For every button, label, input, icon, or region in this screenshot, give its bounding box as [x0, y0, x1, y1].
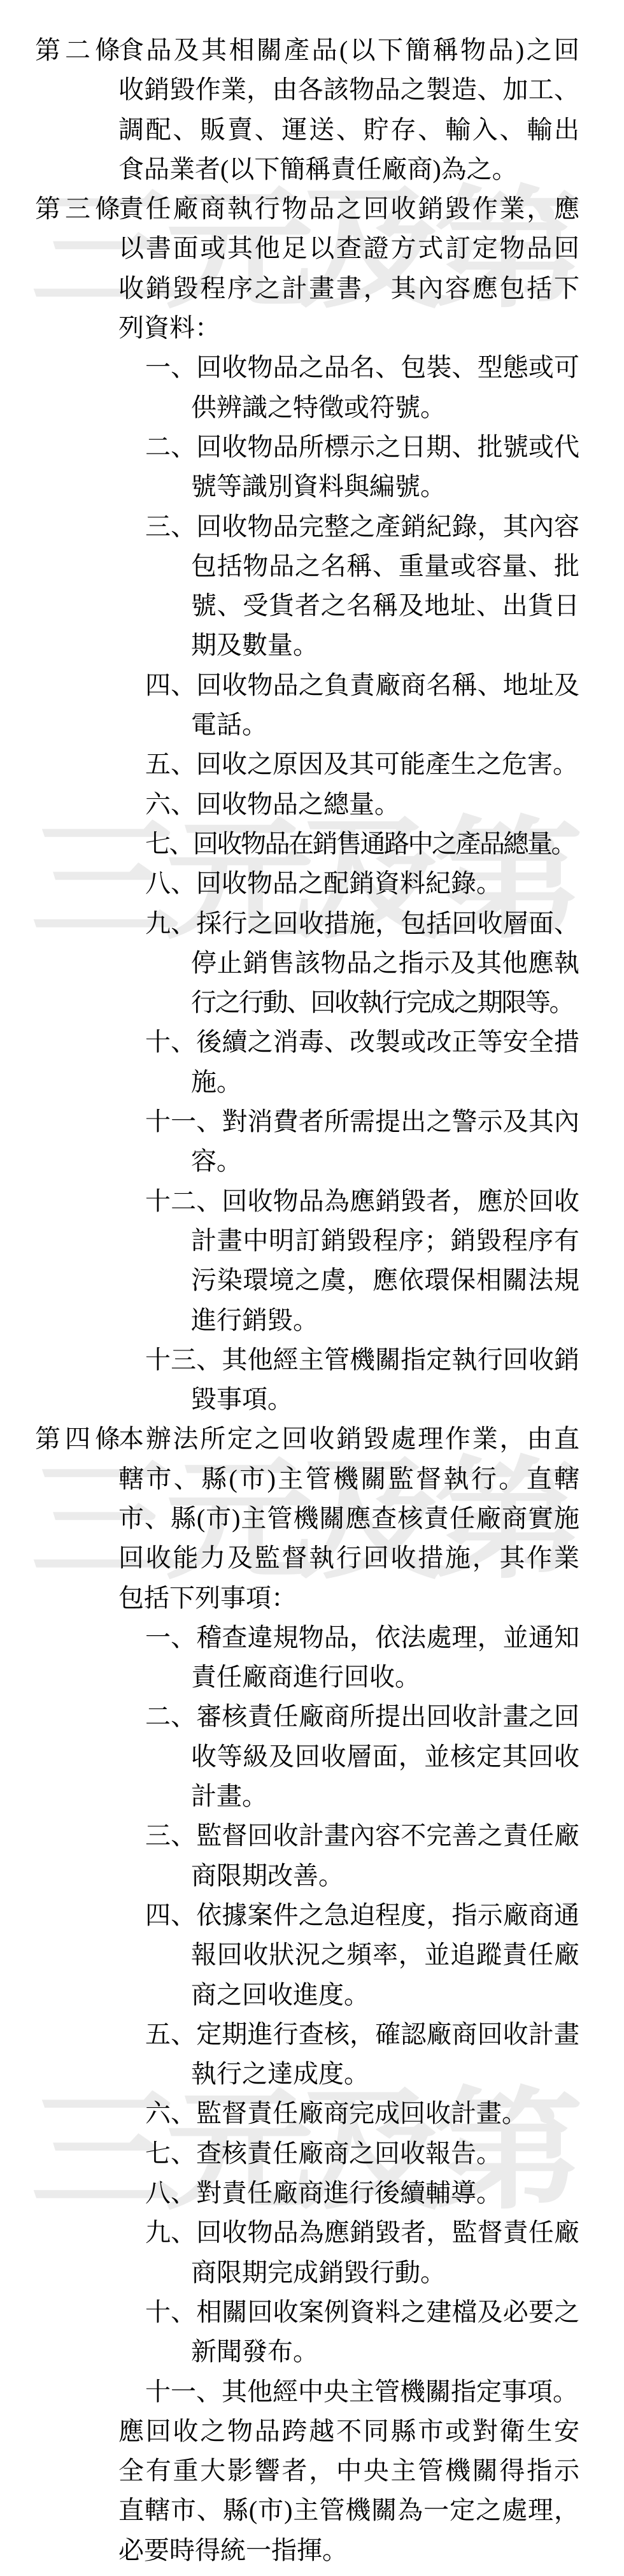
text-line: 號、受貨者之名稱及地址、出貨日	[191, 586, 579, 626]
text-line: 十三、其他經主管機關指定執行回收銷	[145, 1340, 579, 1380]
text-line: 直轄市、縣(市)主管機關為一定之處理，	[118, 2491, 579, 2530]
text-line: 八、對責任廠商進行後續輔導。	[145, 2173, 579, 2213]
text-line: 二、回收物品所標示之日期、批號或代	[145, 427, 579, 467]
text-line: 四、回收物品之負責廠商名稱、地址及	[145, 666, 579, 705]
text-line: 包括下列事項：	[118, 1578, 579, 1618]
text-line: 十、相關回收案例資料之建檔及必要之	[145, 2293, 579, 2332]
text-line: 一、稽查違規物品，依法處理，並通知	[145, 1618, 579, 1657]
article-number: 第二條	[35, 31, 120, 70]
text-line: 號等識別資料與編號。	[191, 467, 579, 506]
text-line: 電話。	[191, 705, 579, 745]
text-line: 執行之達成度。	[191, 2054, 579, 2094]
text-line: 四、依據案件之急迫程度，指示廠商通	[145, 1896, 579, 1935]
text-line: 責任廠商進行回收。	[191, 1657, 579, 1697]
text-line: 二、審核責任廠商所提出回收計畫之回	[145, 1697, 579, 1736]
document-body: 第二條食品及其相關產品(以下簡稱物品)之回收銷毀作業，由各該物品之製造、加工、調…	[0, 0, 624, 2570]
article-number: 第三條	[35, 189, 120, 229]
text-line: 必要時得統一指揮。	[118, 2531, 579, 2570]
text-line: 六、監督責任廠商完成回收計畫。	[145, 2094, 579, 2133]
text-line: 第二條食品及其相關產品(以下簡稱物品)之回	[118, 31, 579, 70]
text-line: 七、查核責任廠商之回收報告。	[145, 2134, 579, 2173]
text-line: 商之回收進度。	[191, 1975, 579, 2015]
text-line: 轄市、縣(市)主管機關監督執行。直轄	[118, 1459, 579, 1499]
text-line: 十一、對消費者所需提出之警示及其內	[145, 1102, 579, 1141]
text-line: 進行銷毀。	[191, 1301, 579, 1340]
text-line: 報回收狀況之頻率，並追蹤責任廠	[191, 1935, 579, 1975]
text-line: 新聞發布。	[191, 2332, 579, 2372]
text-line: 以書面或其他足以查證方式訂定物品回	[118, 229, 579, 268]
text-line: 第四條本辦法所定之回收銷毀處理作業，由直	[118, 1419, 579, 1459]
text-line: 列資料：	[118, 308, 579, 348]
text-line: 商限期完成銷毀行動。	[191, 2253, 579, 2293]
text-line: 應回收之物品跨越不同縣市或對衛生安	[118, 2412, 579, 2451]
text-line: 一、回收物品之品名、包裝、型態或可	[145, 348, 579, 387]
text-line: 包括物品之名稱、重量或容量、批	[191, 547, 579, 586]
text-line: 收等級及回收層面，並核定其回收	[191, 1737, 579, 1777]
text-line: 收銷毀程序之計畫書，其內容應包括下	[118, 269, 579, 308]
text-line: 六、回收物品之總量。	[145, 785, 579, 824]
text-line: 市、縣(市)主管機關應查核責任廠商實施	[118, 1499, 579, 1538]
text-line: 三、回收物品完整之產銷紀錄，其內容	[145, 507, 579, 547]
text-line: 行之行動、回收執行完成之期限等。	[191, 983, 579, 1022]
article-number: 第四條	[35, 1419, 120, 1459]
text-line: 回收能力及監督執行回收措施，其作業	[118, 1538, 579, 1578]
document-page: 三元及第三元及第三元及第三元及第 第二條食品及其相關產品(以下簡稱物品)之回收銷…	[0, 0, 624, 2576]
text-line: 五、回收之原因及其可能產生之危害。	[145, 745, 579, 784]
text-line: 收銷毀作業，由各該物品之製造、加工、	[118, 70, 579, 110]
text-line: 全有重大影響者，中央主管機關得指示	[118, 2451, 579, 2491]
text-line: 供辨識之特徵或符號。	[191, 388, 579, 427]
text-line: 第三條責任廠商執行物品之回收銷毀作業，應	[118, 189, 579, 229]
text-line: 七、回收物品在銷售通路中之產品總量。	[145, 824, 579, 864]
text-line: 計畫。	[191, 1777, 579, 1816]
text-line: 十二、回收物品為應銷毀者，應於回收	[145, 1182, 579, 1221]
text-line: 污染環境之虞，應依環保相關法規	[191, 1261, 579, 1300]
text-line: 八、回收物品之配銷資料紀錄。	[145, 864, 579, 903]
text-line: 九、回收物品為應銷毀者，監督責任廠	[145, 2213, 579, 2252]
text-line: 十、後續之消毒、改製或改正等安全措	[145, 1022, 579, 1062]
text-line: 九、採行之回收措施，包括回收層面、	[145, 904, 579, 943]
text-line: 調配、販賣、運送、貯存、輸入、輸出	[118, 110, 579, 150]
text-line: 計畫中明訂銷毀程序；銷毀程序有	[191, 1221, 579, 1261]
text-line: 食品業者(以下簡稱責任廠商)為之。	[118, 150, 579, 189]
text-line: 容。	[191, 1141, 579, 1181]
text-line: 停止銷售該物品之指示及其他應執	[191, 943, 579, 983]
text-line: 五、定期進行查核，確認廠商回收計畫	[145, 2015, 579, 2054]
text-line: 三、監督回收計畫內容不完善之責任廠	[145, 1816, 579, 1856]
text-line: 施。	[191, 1063, 579, 1102]
text-line: 十一、其他經中央主管機關指定事項。	[145, 2372, 579, 2412]
text-line: 毀事項。	[191, 1380, 579, 1419]
text-line: 商限期改善。	[191, 1856, 579, 1896]
text-line: 期及數量。	[191, 626, 579, 665]
